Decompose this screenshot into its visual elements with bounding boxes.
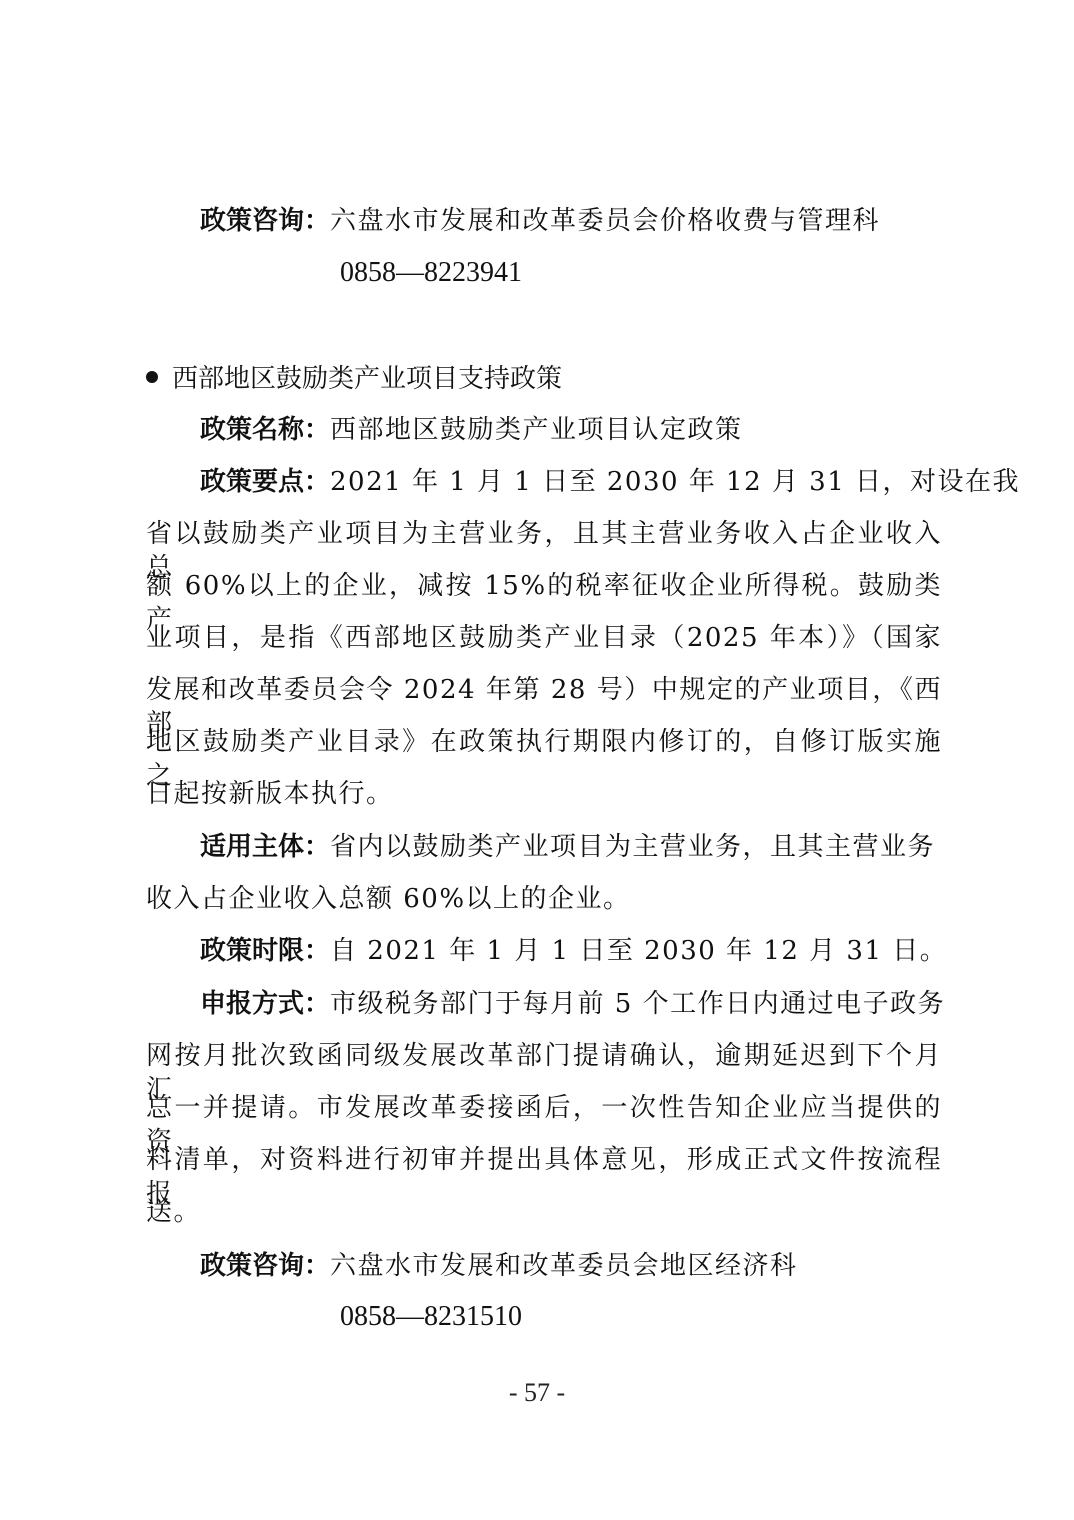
period-label: 政策时限： (200, 936, 330, 966)
application-line-4: 料清单，对资料进行初审并提出具体意见，形成正式文件按流程报 (146, 1143, 942, 1211)
application-label: 申报方式： (200, 989, 330, 1019)
section-consult-phone: 0858—8231510 (340, 1300, 522, 1334)
policy-points-line-1: 政策要点：2021 年 1 月 1 日至 2030 年 12 月 31 日，对设… (200, 465, 1020, 499)
top-consult-label: 政策咨询： (200, 206, 330, 236)
applicable-line-1: 适用主体：省内以鼓励类产业项目为主营业务，且其主营业务 (200, 830, 935, 864)
top-consult-phone: 0858—8223941 (340, 256, 522, 290)
policy-name-text: 西部地区鼓励类产业项目认定政策 (330, 415, 743, 445)
page-number: - 57 - (0, 1378, 1074, 1408)
application-text: 市级税务部门于每月前 5 个工作日内通过电子政务 (330, 989, 945, 1019)
application-line-1: 申报方式：市级税务部门于每月前 5 个工作日内通过电子政务 (200, 987, 945, 1021)
top-consult-line: 政策咨询：六盘水市发展和改革委员会价格收费与管理科 (200, 204, 880, 238)
document-page: 政策咨询：六盘水市发展和改革委员会价格收费与管理科 0858—8223941 西… (0, 0, 1074, 1520)
policy-name-label: 政策名称： (200, 415, 330, 445)
policy-points-label: 政策要点： (200, 467, 330, 497)
applicable-line-2: 收入占企业收入总额 60%以上的企业。 (146, 882, 631, 916)
section-title: 西部地区鼓励类产业项目支持政策 (172, 364, 562, 394)
applicable-text: 省内以鼓励类产业项目为主营业务，且其主营业务 (330, 832, 935, 862)
policy-points-line-4: 业项目，是指《西部地区鼓励类产业目录（2025 年本）》（国家 (146, 621, 942, 655)
application-line-5: 送。 (146, 1195, 201, 1229)
section-heading: 西部地区鼓励类产业项目支持政策 (146, 362, 562, 396)
section-consult-line: 政策咨询：六盘水市发展和改革委员会地区经济科 (200, 1249, 798, 1283)
policy-name-line: 政策名称：西部地区鼓励类产业项目认定政策 (200, 413, 743, 447)
top-consult-text: 六盘水市发展和改革委员会价格收费与管理科 (330, 206, 880, 236)
section-consult-text: 六盘水市发展和改革委员会地区经济科 (330, 1251, 798, 1281)
period-text: 自 2021 年 1 月 1 日至 2030 年 12 月 31 日。 (330, 936, 947, 966)
section-consult-label: 政策咨询： (200, 1251, 330, 1281)
applicable-label: 适用主体： (200, 832, 330, 862)
period-line: 政策时限：自 2021 年 1 月 1 日至 2030 年 12 月 31 日。 (200, 934, 947, 968)
policy-points-text: 2021 年 1 月 1 日至 2030 年 12 月 31 日，对设在我 (330, 467, 1020, 497)
bullet-icon (146, 371, 158, 383)
policy-points-line-7: 日起按新版本执行。 (146, 777, 394, 811)
